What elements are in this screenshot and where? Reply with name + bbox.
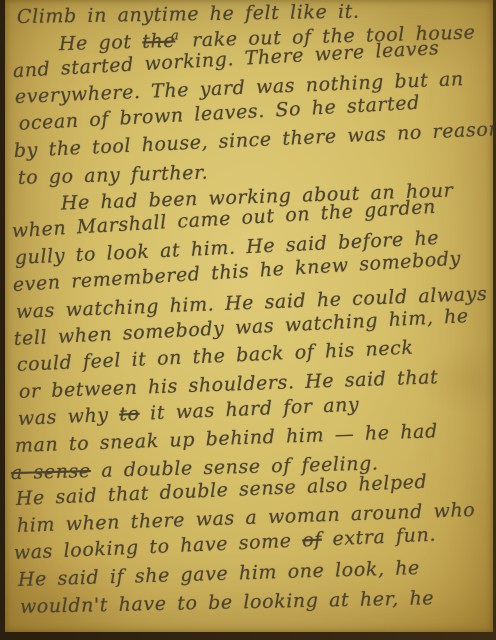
note-lines: Climb in anytime he felt like it.He got …	[15, 6, 493, 622]
struck-word: a sense	[11, 460, 91, 484]
word-run: to go any further.	[18, 161, 209, 188]
word-run: He got	[59, 31, 143, 55]
word-run: extra fun.	[321, 524, 436, 551]
note-paper: Climb in anytime he felt like it.He got …	[5, 0, 493, 632]
struck-word: to	[119, 403, 140, 426]
word-run: was why	[17, 404, 119, 430]
photo-background: Climb in anytime he felt like it.He got …	[0, 0, 496, 640]
inserted-word: a	[171, 28, 180, 43]
struck-word: of	[302, 529, 323, 552]
